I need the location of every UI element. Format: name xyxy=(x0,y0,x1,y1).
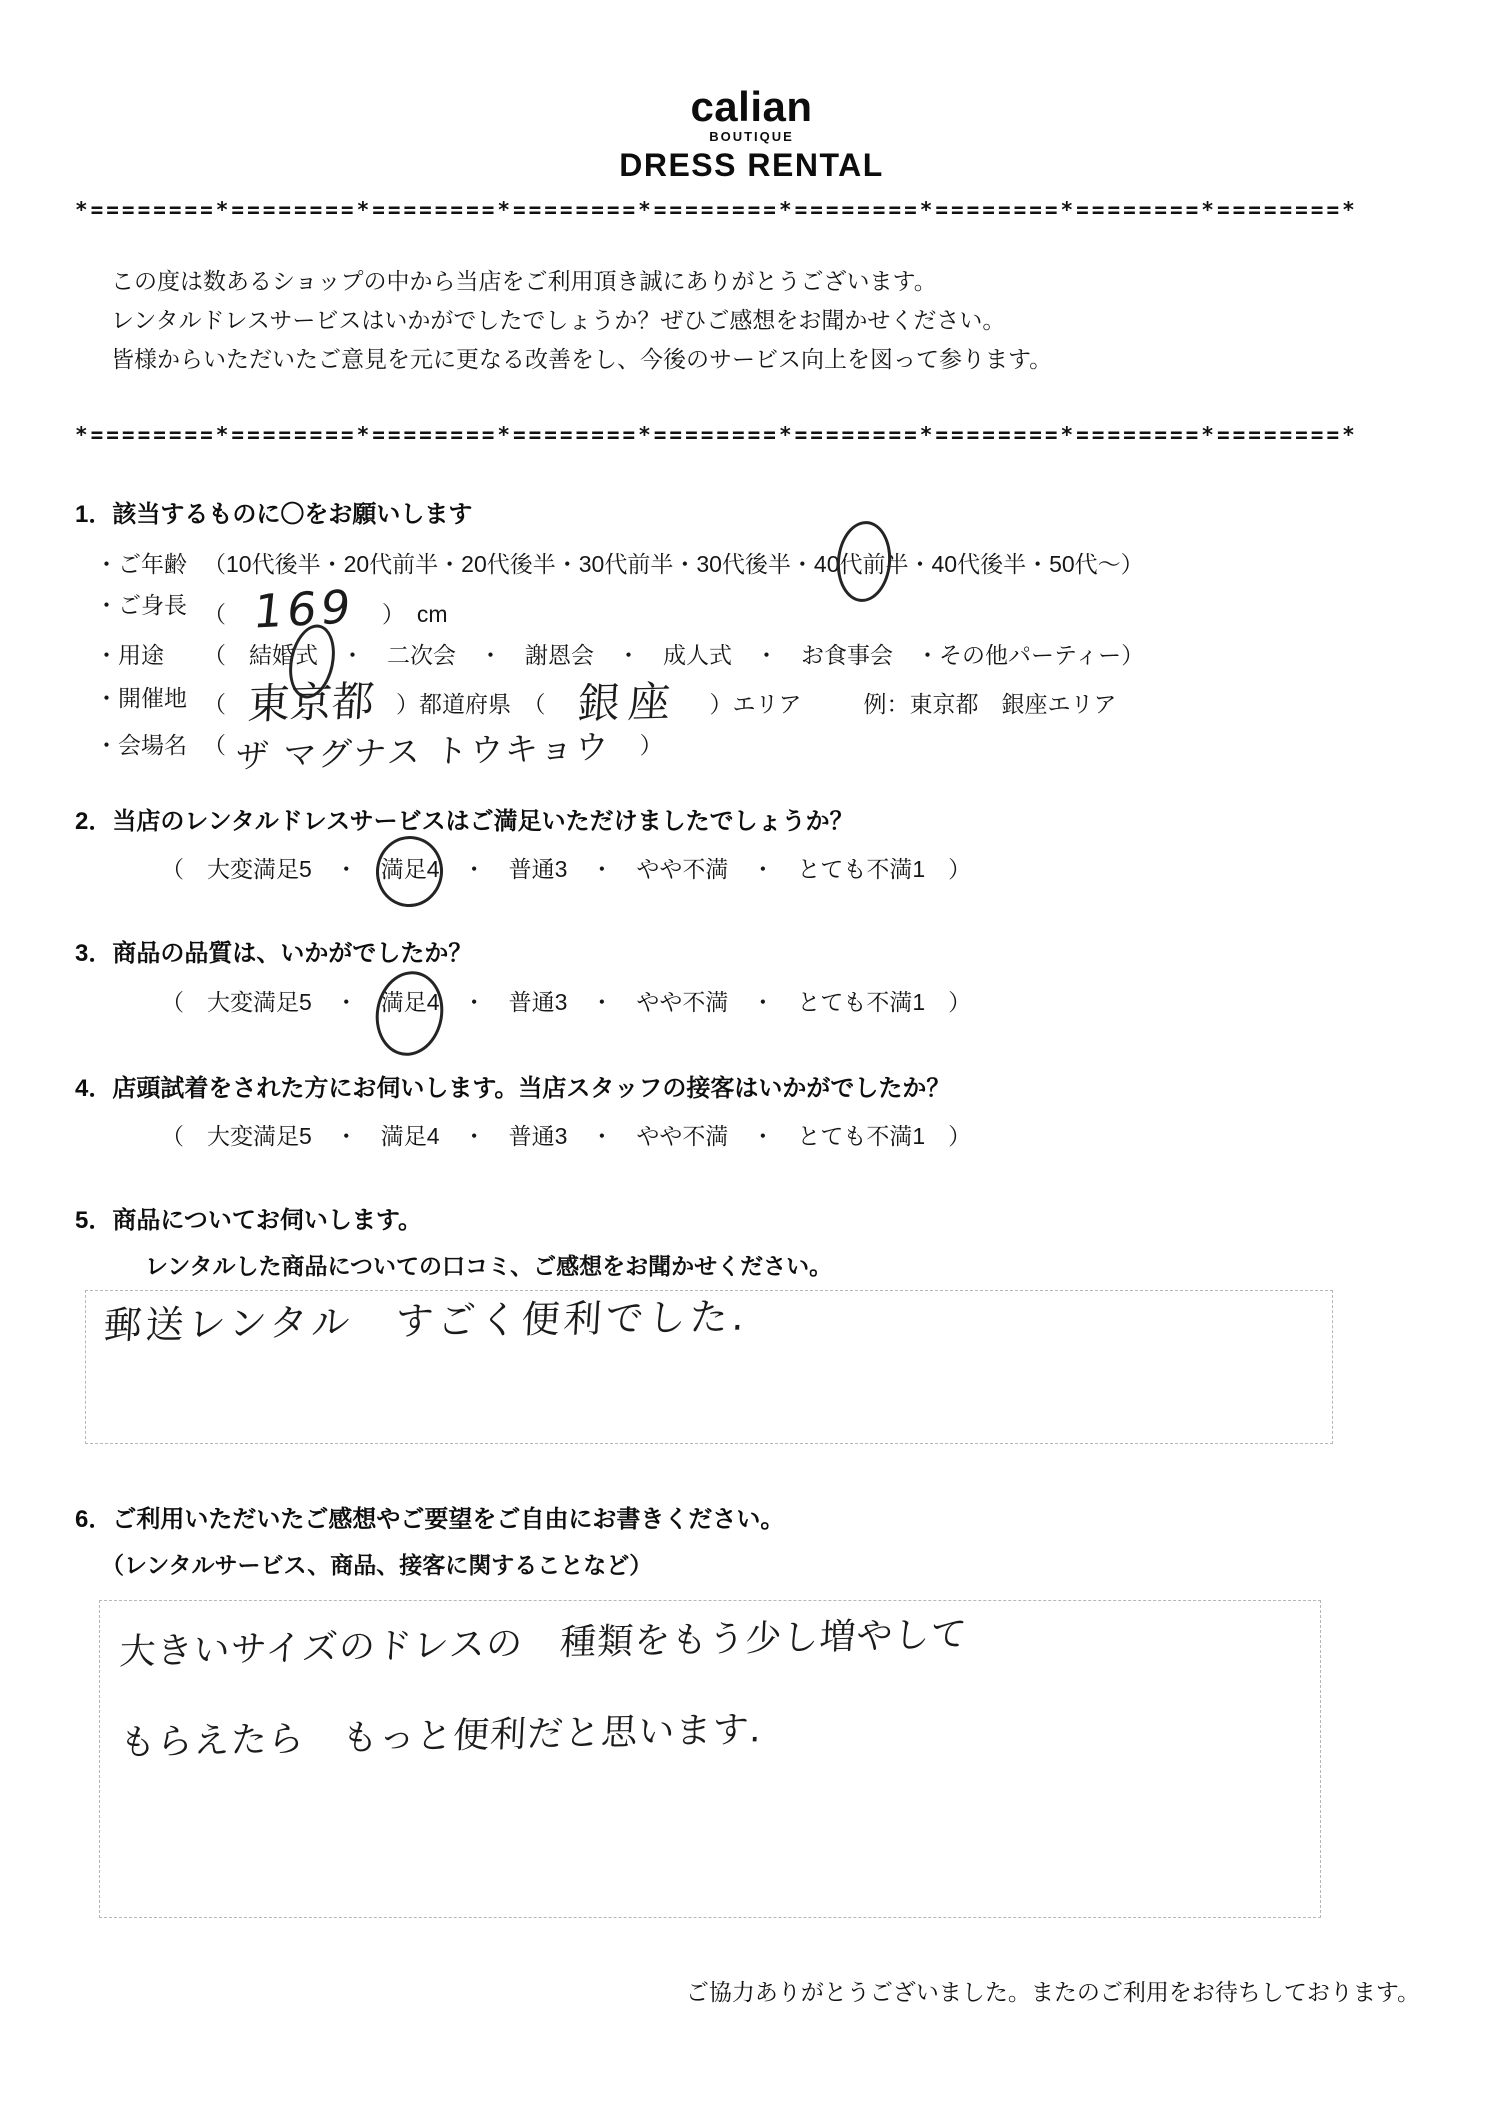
brand-logo: calian xyxy=(75,86,1428,128)
intro-line-1: この度は数あるショップの中から当店をご利用頂き誠にありがとうございます。 xyxy=(111,262,1428,301)
q3-options-before: （ 大変満足5 ・ xyxy=(161,989,381,1015)
q1-purpose-selected-option: 式 xyxy=(295,642,318,668)
q2-options: （ 大変満足5 ・ 満足4 ・ 普通3 ・ やや不満 ・ とても不満1 ） xyxy=(161,851,1428,884)
q5-heading: 5．商品についてお伺いします。 xyxy=(75,1205,1428,1236)
q1-height-paren-close: ） xyxy=(382,601,405,627)
q1-height-value-handwritten: 169 xyxy=(252,588,357,632)
q1-height-paren-open: （ xyxy=(203,601,226,627)
q2-selected-circle: 満足4 xyxy=(381,851,440,884)
q3-selected-circle: 満足4 xyxy=(381,984,440,1017)
q1-place-mid-text: ）都道府県 （ xyxy=(396,691,546,717)
q1-height-value-area: （169）cm xyxy=(203,587,447,629)
q6-subtitle: （レンタルサービス、商品、接客に関することなど） xyxy=(101,1547,1428,1580)
footer-thanks-note: ご協力ありがとうございました。またのご利用をお待ちしております。 xyxy=(686,1974,1420,2007)
q1-place-value-area: （東京都）都道府県 （銀座）エリア例：東京都 銀座エリア xyxy=(203,680,1117,719)
q6-answer-line-2-wrap: もらえたら もっと便利だと思います. xyxy=(120,1722,1320,1753)
brand-boutique-label: BOUTIQUE xyxy=(75,129,1428,144)
q6-heading: 6．ご利用いただいたご感想やご要望をご自由にお書きください。 xyxy=(75,1504,1428,1535)
q3-selected-option: 満足4 xyxy=(381,989,440,1015)
q1-place-paren-open: （ xyxy=(203,691,226,717)
q1-place-example: 例：東京都 銀座エリア xyxy=(864,691,1117,717)
q1-purpose-row: ・用途 （ 結婚式 ・ 二次会 ・ 謝恩会 ・ 成人式 ・ お食事会 ・その他パ… xyxy=(95,637,1428,670)
q1-purpose-options: （ 結婚式 ・ 二次会 ・ 謝恩会 ・ 成人式 ・ お食事会 ・その他パーティー… xyxy=(203,637,1144,670)
q1-venue-paren-close: ） xyxy=(640,732,663,758)
q1-venue-row: ・会場名 （ザ マグナス トウキョウ） xyxy=(95,727,1428,760)
q1-venue-label: ・会場名 xyxy=(95,727,203,760)
q5-answer-handwritten: 郵送レンタル すごく便利でした. xyxy=(103,1300,749,1341)
q1-purpose-options-before: （ 結婚 xyxy=(203,642,295,668)
q3-heading: 3．商品の品質は、いかがでしたか？ xyxy=(75,938,1428,969)
q1-age-row: ・ご年齢 （10代後半・20代前半・20代後半・30代前半・30代後半・40代前… xyxy=(95,546,1428,579)
q1-heading: 1．該当するものに〇をお願いします xyxy=(75,499,1428,530)
q1-age-options-before: （10代後半・20代前半・20代後半・30代前半・30代後半・40 xyxy=(203,551,840,577)
q1-place-row: ・開催地 （東京都）都道府県 （銀座）エリア例：東京都 銀座エリア xyxy=(95,680,1428,719)
q4-options: （ 大変満足5 ・ 満足4 ・ 普通3 ・ やや不満 ・ とても不満1 ） xyxy=(161,1118,1428,1151)
q2-options-before: （ 大変満足5 ・ xyxy=(161,856,381,882)
q1-age-label: ・ご年齢 xyxy=(95,546,203,579)
q2-selected-option: 満足4 xyxy=(381,856,440,882)
q1-prefecture-handwritten: 東京都 xyxy=(247,684,375,723)
q1-purpose-label: ・用途 xyxy=(95,637,203,670)
q3-options-after: ・ 普通3 ・ やや不満 ・ とても不満1 ） xyxy=(440,989,972,1015)
q1-height-row: ・ご身長 （169）cm xyxy=(95,587,1428,629)
q6-answer-line-1-wrap: 大きいサイズのドレスの 種類をもう少し増やして xyxy=(120,1629,1320,1660)
q1-purpose-options-after: ・ 二次会 ・ 謝恩会 ・ 成人式 ・ お食事会 ・その他パーティー） xyxy=(318,642,1144,668)
q1-venue-handwritten: ザ マグナス トウキョウ xyxy=(235,733,611,771)
q1-age-selected-option: 代前 xyxy=(840,551,886,577)
q1-venue-value-area: （ザ マグナス トウキョウ） xyxy=(203,727,663,760)
q5-subtitle: レンタルした商品についての口コミ、ご感想をお聞かせください。 xyxy=(145,1248,1428,1281)
q1-height-unit: cm xyxy=(417,601,448,627)
q6-answer-line-2-handwritten: もらえたら もっと便利だと思います. xyxy=(119,1715,763,1759)
intro-paragraph: この度は数あるショップの中から当店をご利用頂き誠にありがとうございます。 レンタ… xyxy=(111,262,1428,379)
q1-age-options-after: 半・40代後半・50代～） xyxy=(886,551,1144,577)
brand-header: calian BOUTIQUE DRESS RENTAL xyxy=(75,86,1428,184)
q2-options-after: ・ 普通3 ・ やや不満 ・ とても不満1 ） xyxy=(440,856,972,882)
q6-answer-line-1-handwritten: 大きいサイズのドレスの 種類をもう少し増やして xyxy=(119,1620,969,1668)
q1-area-handwritten: 銀座 xyxy=(576,684,678,722)
intro-line-2: レンタルドレスサービスはいかがでしたでしょうか？ぜひご感想をお聞かせください。 xyxy=(111,301,1428,340)
divider-middle: *========*========*========*========*===… xyxy=(75,423,1428,447)
survey-form-page: calian BOUTIQUE DRESS RENTAL *========*=… xyxy=(0,0,1500,2127)
q1-age-options: （10代後半・20代前半・20代後半・30代前半・30代後半・40代前半・40代… xyxy=(203,546,1144,579)
q1-age-selected-circle: 代前 xyxy=(840,546,886,579)
q1-height-label: ・ご身長 xyxy=(95,587,203,620)
q2-heading: 2．当店のレンタルドレスサービスはご満足いただけましたでしょうか？ xyxy=(75,806,1428,837)
divider-top: *========*========*========*========*===… xyxy=(75,198,1428,222)
q1-rows: ・ご年齢 （10代後半・20代前半・20代後半・30代前半・30代後半・40代前… xyxy=(95,546,1428,760)
brand-title: DRESS RENTAL xyxy=(75,147,1428,184)
q4-heading: 4．店頭試着をされた方にお伺いします。当店スタッフの接客はいかがでしたか？ xyxy=(75,1073,1428,1104)
intro-line-3: 皆様からいただいたご意見を元に更なる改善をし、今後のサービス向上を図って参ります… xyxy=(111,340,1428,379)
q1-place-paren-close: ）エリア xyxy=(710,691,802,717)
q1-purpose-selected-circle: 式 xyxy=(295,637,318,670)
q1-venue-paren-open: （ xyxy=(203,732,226,758)
q1-place-label: ・開催地 xyxy=(95,680,203,713)
q6-answer-box: 大きいサイズのドレスの 種類をもう少し増やして もらえたら もっと便利だと思いま… xyxy=(99,1600,1321,1918)
q5-answer-box: 郵送レンタル すごく便利でした. xyxy=(85,1290,1333,1444)
q3-options: （ 大変満足5 ・ 満足4 ・ 普通3 ・ やや不満 ・ とても不満1 ） xyxy=(161,984,1428,1017)
